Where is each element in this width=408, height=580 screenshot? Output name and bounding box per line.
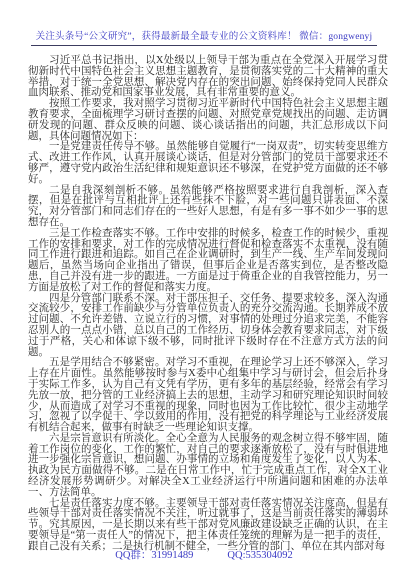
qq-contact: QQ:535304092	[227, 550, 292, 561]
promo-header: 关注头条号“公文研究”，获得最新最全最专业的公文资料库！ 微信：gongweny…	[0, 26, 408, 46]
qq-group-number: 31991489	[151, 550, 193, 561]
paragraph: 一是党建责任传导不够。虽然能够自觉履行“一岗双责”，切实转变思维方式、改进工作作…	[28, 142, 388, 185]
paragraph: 按照工作要求，我对照学习贯彻习近平新时代中国特色社会主义思想主题教育要求，全面梳…	[28, 99, 388, 142]
qq-label: QQ:	[227, 550, 245, 561]
qq-number: 535304092	[246, 550, 293, 561]
paragraph: 四是分管部门联系不深。对干部压担子、交任务、提要求较多，深入沟通交流较少，安排工…	[28, 294, 388, 359]
promo-header-text: 关注头条号“公文研究”，获得最新最全最专业的公文资料库！ 微信：gongweny…	[31, 28, 378, 46]
paragraph: 七是责任落实力度不够。主要领导干部对责任落实情况关注度高，但是有些领导干部对责任…	[28, 499, 388, 553]
paragraph: 三是工作检查落实不够。工作中安排的时候多，检查工作的时候少，重视工作的安排和要求…	[28, 229, 388, 294]
paragraph: 五是学用结合不够紧密。对学习不重视，在理论学习上还不够深入，学习上存在片面性。虽…	[28, 358, 388, 434]
document-page: 关注头条号“公文研究”，获得最新最全最专业的公文资料库！ 微信：gongweny…	[0, 0, 408, 580]
document-body: 习近平总书记指出，以X处级以上领导干部为重点在全党深入开展学习贯彻新时代中国特色…	[0, 56, 408, 553]
qq-group-label: QQ群：	[115, 550, 151, 561]
paragraph: 二是自我深刻剖析不够。虽然能够严格按照要求进行自我剖析，深入查摆，但是在批评与互…	[28, 186, 388, 229]
paragraph: 习近平总书记指出，以X处级以上领导干部为重点在全党深入开展学习贯彻新时代中国特色…	[28, 56, 388, 99]
paragraph: 六是宗旨意识有所淡化。全心全意为人民服务的观念树立得不够牢固，随着工作岗位的变化…	[28, 434, 388, 499]
contact-footer: QQ群：31991489QQ:535304092	[0, 547, 408, 562]
qq-group-contact: QQ群：31991489	[115, 550, 193, 561]
